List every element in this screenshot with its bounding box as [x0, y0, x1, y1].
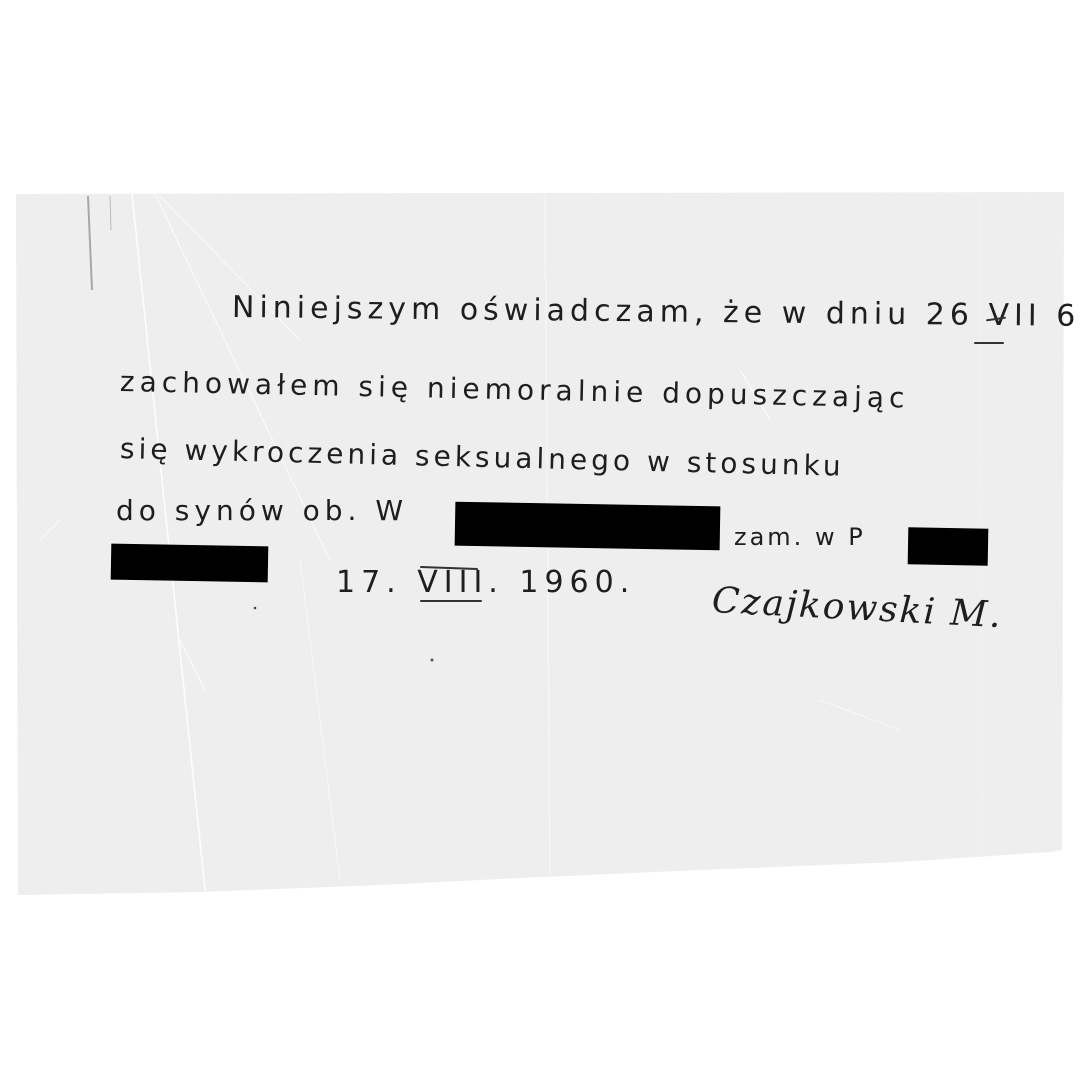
roman-numeral-underline [974, 342, 1004, 344]
redaction-bar-place-continued [111, 544, 269, 583]
redaction-bar-place [908, 527, 989, 565]
date-numeral-underline [420, 600, 482, 602]
redaction-bar-name [455, 502, 721, 551]
document-date: 17. VIII. 1960. [336, 565, 635, 600]
statement-line-4: do synów ob. W [116, 494, 408, 527]
statement-residence: zam. w P [734, 523, 866, 551]
scanned-document: Niniejszym oświadczam, że w dniu 26 VII … [0, 0, 1080, 1080]
